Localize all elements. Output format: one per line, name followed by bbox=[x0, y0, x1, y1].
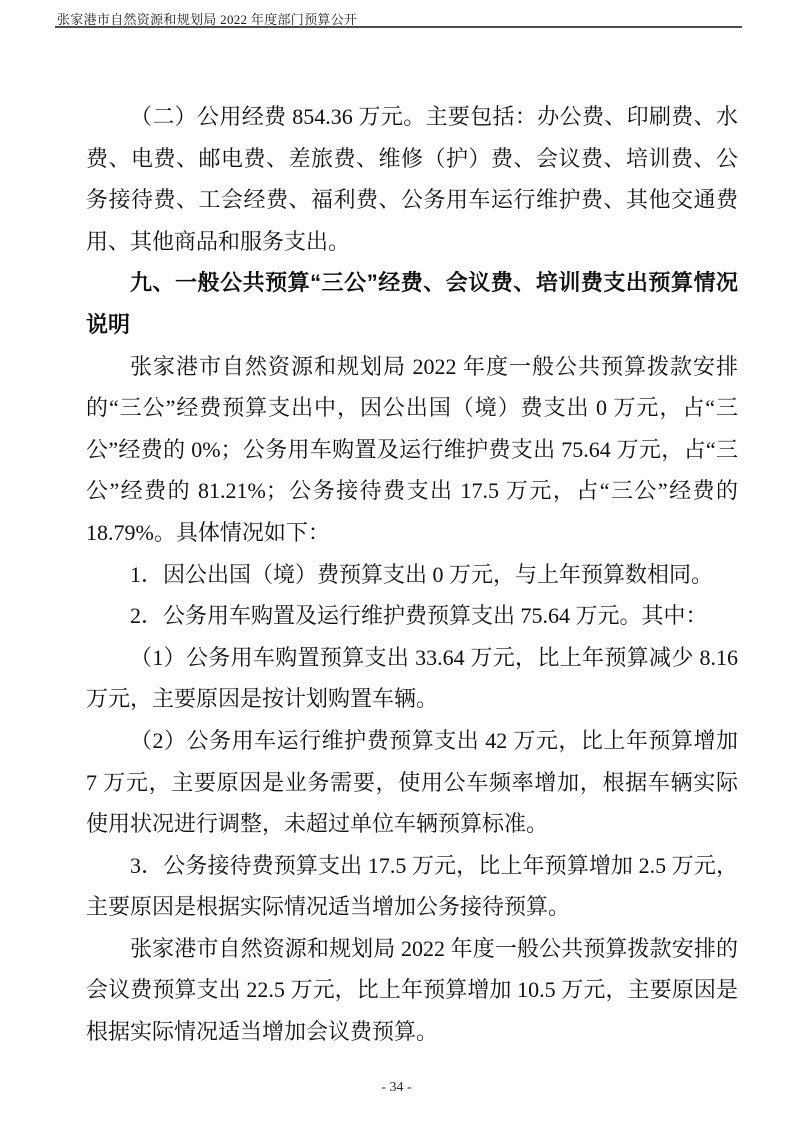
document-content: （二）公用经费 854.36 万元。主要包括：办公费、印刷费、水费、电费、邮电费… bbox=[86, 96, 738, 1053]
para-conference-fee: 张家港市自然资源和规划局 2022 年度一般公共预算拨款安排的会议费预算支出 2… bbox=[86, 928, 738, 1053]
page-footer: - 34 - bbox=[0, 1080, 793, 1096]
header-divider bbox=[55, 26, 742, 28]
item-3-official-reception: 3．公务接待费预算支出 17.5 万元，比上年预算增加 2.5 万元，主要原因是… bbox=[86, 845, 738, 928]
para-public-expense: （二）公用经费 854.36 万元。主要包括：办公费、印刷费、水费、电费、邮电费… bbox=[86, 96, 738, 262]
subitem-2-vehicle-maintenance: （2）公务用车运行维护费预算支出 42 万元，比上年预算增加 7 万元，主要原因… bbox=[86, 720, 738, 845]
item-1-overseas-trips: 1．因公出国（境）费预算支出 0 万元，与上年预算数相同。 bbox=[86, 554, 738, 596]
item-2-official-vehicles: 2．公务用车购置及运行维护费预算支出 75.64 万元。其中： bbox=[86, 595, 738, 637]
subitem-1-vehicle-purchase: （1）公务用车购置预算支出 33.64 万元，比上年预算减少 8.16 万元，主… bbox=[86, 637, 738, 720]
document-page: 张家港市自然资源和规划局 2022 年度部门预算公开 （二）公用经费 854.3… bbox=[0, 0, 793, 1122]
para-sangong-overview: 张家港市自然资源和规划局 2022 年度一般公共预算拨款安排的“三公”经费预算支… bbox=[86, 346, 738, 554]
page-number: - 34 - bbox=[381, 1080, 411, 1095]
header-title: 张家港市自然资源和规划局 2022 年度部门预算公开 bbox=[57, 12, 357, 27]
heading-section-nine: 九、一般公共预算“三公”经费、会议费、培训费支出预算情况说明 bbox=[86, 262, 738, 345]
